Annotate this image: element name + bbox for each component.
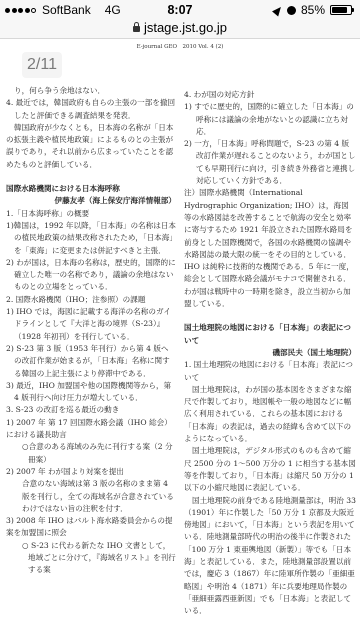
list-item: 1. 国土地理院の地図における「日本海」表記について <box>184 359 356 384</box>
list-item: 3) 2008 年 IHO はバルト海水路委員会からの提案を加盟国に照会 <box>6 515 176 540</box>
paragraph: 4. 最近では，韓国政府も自らの主張の一部を撤回したと評価できる調査結果を発表． <box>6 97 176 122</box>
page-indicator: 2/11 <box>22 52 62 78</box>
list-item: 2) 一方，「日本海」呼称問題で，S-23 の第 4 版改訂作業が遅れることのな… <box>184 138 356 187</box>
battery-percent: 85% <box>301 3 325 17</box>
list-item: 1) IHO では，海図に記載する海洋の名称のガイドラインとして『大洋と海の境界… <box>6 306 176 343</box>
paragraph: り，何ら争う余地はない． <box>6 85 176 97</box>
list-item: 2) S-23 第 3 版（1953 年刊行）から第 4 版への改訂作業が始まる… <box>6 343 176 380</box>
list-item: 1) すでに歴史的，国際的に確立した「日本海」の呼称には議論の余地がないとの認識… <box>184 101 356 138</box>
list-item: 1) 2007 年 第 17 回国際水路会議（IHO 総会）における議長助言 <box>6 417 176 442</box>
list-item: 2. 国際水路機関（IHO；注参照）の課題 <box>6 294 176 306</box>
list-item: ○ S-23 に代わる新たな IHO 文書として，地域ごとに分けて，『海域名リス… <box>6 540 176 577</box>
journal-header: E-journal GEO 2010 Vol. 4 (2) <box>0 42 360 50</box>
pdf-page[interactable]: E-journal GEO 2010 Vol. 4 (2) 2/11 り，何ら争… <box>0 40 360 640</box>
left-column: り，何ら争う余地はない． 4. 最近では，韓国政府も自らの主張の一部を撤回したと… <box>6 85 176 577</box>
lock-icon <box>133 26 140 32</box>
list-item: 1.「日本海呼称」の概要 <box>6 208 176 220</box>
status-right: 85% <box>274 3 354 17</box>
author: 磯部民夫（国土地理院） <box>184 347 356 359</box>
list-item: 1)韓国は，1992 年以降，「日本海」の名称は日本の植民地政策の結果改称された… <box>6 220 176 257</box>
list-item: ○合意のある海域のみ先に刊行する案（2 分冊案） <box>6 441 176 466</box>
author: 伊藤友孝（海上保安庁海洋情報部） <box>6 195 176 207</box>
list-item: 合意のない海域は第 3 版の名称のまま第 4 版を刊行し，全ての海域名が合意され… <box>6 478 176 515</box>
alarm-clock-icon <box>287 6 296 15</box>
list-item: 4. わが国の対応方針 <box>184 89 356 101</box>
section-title: 国際水路機関における日本海呼称 <box>6 183 176 195</box>
list-item: 3) 最近，IHO 加盟国や他の国際機関等から，第 4 版刊行へ向け圧力が増大し… <box>6 380 176 405</box>
paragraph: 韓国政府が少なくとも，日本海の名称が「日本の拡張主義や植民地政策」によるものとの… <box>6 122 176 171</box>
battery-icon <box>330 5 354 15</box>
url-bar[interactable]: jstage.jst.go.jp <box>0 20 360 39</box>
section-title: 国土地理院の地図における「日本海」の表記について <box>184 322 356 347</box>
paragraph: 国土地理院は，わが国の基本図をさまざまな縮尺で作製しており，地図帳や一般の地図な… <box>184 384 356 445</box>
list-item: 2) 2007 年 わが国より対案を提出 <box>6 466 176 478</box>
list-item: 2) わが国は，日本海の名称は，歴史的，国際的に確立した唯一の名称であり，議論の… <box>6 257 176 294</box>
note: 注）国際水路機関（International Hydrographic Orga… <box>184 187 356 310</box>
status-bar: SoftBank 4G 8:07 85% <box>0 0 360 20</box>
list-item: 3. S-23 の改訂を巡る最近の動き <box>6 404 176 416</box>
paragraph: 国土地理院の前身である陸地測量部は，明治 33（1901）年に作製した「50 万… <box>184 495 356 618</box>
paragraph: 国土地理院は，デジタル形式のものも含めて縮尺 2500 分の 1～500 万分の… <box>184 445 356 494</box>
right-column: 4. わが国の対応方針 1) すでに歴史的，国際的に確立した「日本海」の呼称には… <box>184 89 356 617</box>
location-arrow-icon <box>272 4 284 16</box>
url-text[interactable]: jstage.jst.go.jp <box>144 20 227 35</box>
